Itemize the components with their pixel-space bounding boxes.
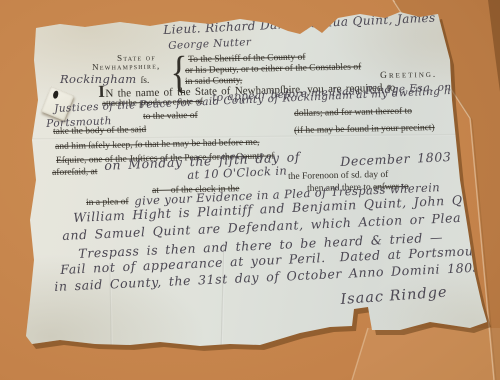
struck-dollars: dollars; and for want thereof to xyxy=(294,107,412,119)
struck-in-a-plea: in a plea of xyxy=(86,197,129,208)
signature-isaac-rindge: Isaac Rindge xyxy=(340,285,448,308)
struck-aforesaid: aforeſaid, at xyxy=(52,167,98,178)
photo-of-document: Lieut. Richard Dame, Joshua Quint, James… xyxy=(0,0,500,380)
hand-december-1803: December 1803 xyxy=(340,149,452,169)
struck-take-body: take the body of the said xyxy=(53,125,146,137)
print-forenoon: the Forenoon of sd. day of xyxy=(288,170,388,182)
mat-fold-light xyxy=(352,328,500,380)
struck-safely-keep: and him ſafely keep, ſo that he may be h… xyxy=(55,138,260,152)
struck-precinct: (if he may be found in your precinct) xyxy=(294,123,435,136)
seal-ink-mark xyxy=(53,90,59,99)
paper-crease xyxy=(109,263,112,345)
document-paper: Lieut. Richard Dame, Joshua Quint, James… xyxy=(22,8,492,350)
struck-to-the-value: to the value of xyxy=(143,111,198,122)
